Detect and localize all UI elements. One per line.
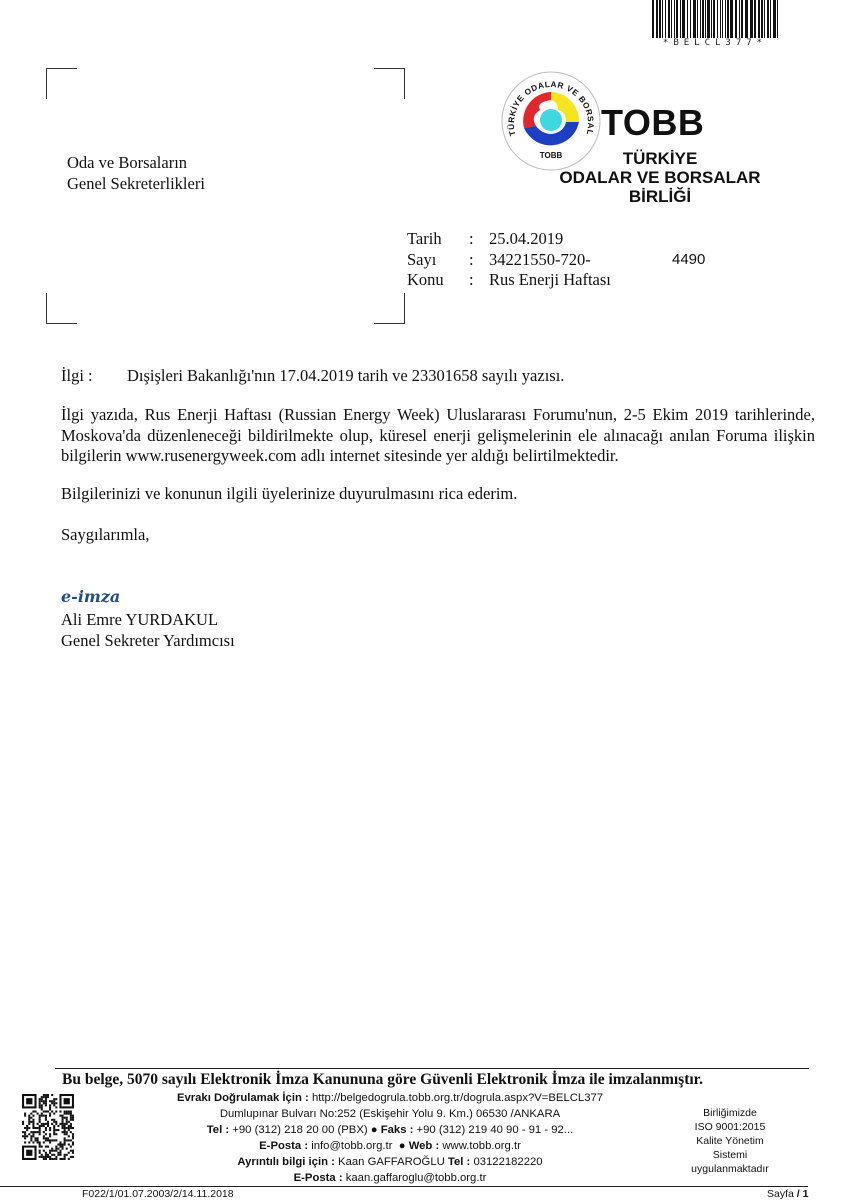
contact-tel-label: Tel : — [448, 1156, 470, 1168]
address-window-corner-top-left — [46, 68, 77, 99]
number-separator: : — [469, 250, 489, 271]
signer-title: Genel Sekreter Yardımcısı — [61, 630, 235, 651]
logo-org-line-2: ODALAR VE BORSALAR — [550, 168, 770, 187]
iso-line: Birliğimizde — [660, 1106, 800, 1120]
qr-code — [22, 1094, 74, 1160]
contact-email-label: E-Posta : — [294, 1172, 343, 1184]
subject-separator: : — [469, 270, 489, 291]
fax-label: Faks : — [381, 1124, 414, 1136]
logo-org-line-1: TÜRKİYE — [550, 149, 770, 168]
closing-salutation: Saygılarımla, — [61, 525, 149, 545]
address-line: Dumlupınar Bulvarı No:252 (Eskişehir Yol… — [160, 1106, 620, 1122]
meta-number-row: Sayı : 34221550-720- — [407, 250, 611, 271]
contact-email-link[interactable]: kaan.gaffaroglu@tobb.org.tr — [346, 1172, 487, 1184]
reference-label: İlgi : — [61, 366, 127, 386]
bullet-separator: ● — [399, 1140, 406, 1152]
contact-email-line: E-Posta : kaan.gaffaroglu@tobb.org.tr — [160, 1170, 620, 1186]
phone-fax-line: Tel : +90 (312) 218 20 00 (PBX) ● Faks :… — [160, 1122, 620, 1138]
footer-contact-info: Evrakı Doğrulamak İçin : http://belgedog… — [160, 1090, 620, 1186]
verify-label: Evrakı Doğrulamak İçin : — [177, 1092, 309, 1104]
barcode — [652, 0, 778, 38]
contact-person-line: Ayrıntılı bilgi için : Kaan GAFFAROĞLU T… — [160, 1154, 620, 1170]
number-suffix: 4490 — [672, 251, 705, 268]
contact-name: Kaan GAFFAROĞLU — [338, 1156, 445, 1168]
number-value: 34221550-720- — [489, 250, 611, 271]
bullet-separator: ● — [371, 1124, 378, 1136]
verify-line: Evrakı Doğrulamak İçin : http://belgedog… — [160, 1090, 620, 1106]
web-link[interactable]: www.tobb.org.tr — [442, 1140, 520, 1152]
body-paragraph-1: İlgi yazıda, Rus Enerji Haftası (Russian… — [61, 405, 815, 467]
email-label: E-Posta : — [259, 1140, 308, 1152]
body-paragraph-2: Bilgilerinizi ve konunun ilgili üyelerin… — [61, 484, 517, 504]
e-signature-mark: e-imza — [61, 587, 120, 606]
document-meta: Tarih : 25.04.2019 Sayı : 34221550-720- … — [407, 229, 611, 291]
reference-line: İlgi :Dışişleri Bakanlığı'nın 17.04.2019… — [61, 366, 801, 386]
iso-line: ISO 9001:2015 — [660, 1120, 800, 1134]
recipient-line-2: Genel Sekreterlikleri — [67, 173, 205, 194]
footer-divider-bottom — [0, 1186, 808, 1187]
page-label: Sayfa — [767, 1188, 794, 1200]
logo-title: TOBB — [601, 103, 704, 143]
iso-line: uygulanmaktadır — [660, 1162, 800, 1176]
page-value: / 1 — [797, 1188, 809, 1200]
email-web-line: E-Posta : info@tobb.org.tr ● Web : www.t… — [160, 1138, 620, 1154]
verify-link[interactable]: http://belgedogrula.tobb.org.tr/dogrula.… — [312, 1092, 603, 1104]
web-label: Web : — [409, 1140, 440, 1152]
tel-label: Tel : — [207, 1124, 229, 1136]
signer-block: Ali Emre YURDAKUL Genel Sekreter Yardımc… — [61, 609, 235, 651]
subject-label: Konu — [407, 270, 469, 291]
contact-tel: 03122182220 — [473, 1156, 542, 1168]
barcode-text: *BELCL377* — [652, 38, 778, 48]
signer-name: Ali Emre YURDAKUL — [61, 609, 235, 630]
iso-line: Kalite Yönetim — [660, 1134, 800, 1148]
email-link[interactable]: info@tobb.org.tr — [311, 1140, 392, 1152]
logo-organization-name: TÜRKİYE ODALAR VE BORSALAR BİRLİĞİ — [550, 149, 770, 206]
contact-label: Ayrıntılı bilgi için : — [237, 1156, 335, 1168]
subject-value: Rus Enerji Haftası — [489, 270, 611, 291]
recipient-line-1: Oda ve Borsaların — [67, 152, 205, 173]
address-window-corner-bottom-right — [374, 293, 405, 324]
number-label: Sayı — [407, 250, 469, 271]
reference-text: Dışişleri Bakanlığı'nın 17.04.2019 tarih… — [127, 366, 564, 385]
tel-value: +90 (312) 218 20 00 (PBX) — [232, 1124, 367, 1136]
page-number: Sayfa / 1 — [767, 1188, 808, 1200]
footer-legal-notice: Bu belge, 5070 sayılı Elektronik İmza Ka… — [62, 1071, 703, 1089]
meta-subject-row: Konu : Rus Enerji Haftası — [407, 270, 611, 291]
address-window-corner-top-right — [374, 68, 405, 99]
iso-certification-note: Birliğimizde ISO 9001:2015 Kalite Yöneti… — [660, 1106, 800, 1176]
meta-date-row: Tarih : 25.04.2019 — [407, 229, 611, 250]
footer-divider-top — [55, 1068, 809, 1069]
iso-line: Sistemi — [660, 1148, 800, 1162]
date-separator: : — [469, 229, 489, 250]
form-code: F022/1/01.07.2003/2/14.11.2018 — [82, 1188, 234, 1200]
date-label: Tarih — [407, 229, 469, 250]
date-value: 25.04.2019 — [489, 229, 611, 250]
recipient-block: Oda ve Borsaların Genel Sekreterlikleri — [67, 152, 205, 194]
address-window-corner-bottom-left — [46, 293, 77, 324]
fax-value: +90 (312) 219 40 90 - 91 - 92... — [417, 1124, 574, 1136]
logo-org-line-3: BİRLİĞİ — [550, 187, 770, 206]
